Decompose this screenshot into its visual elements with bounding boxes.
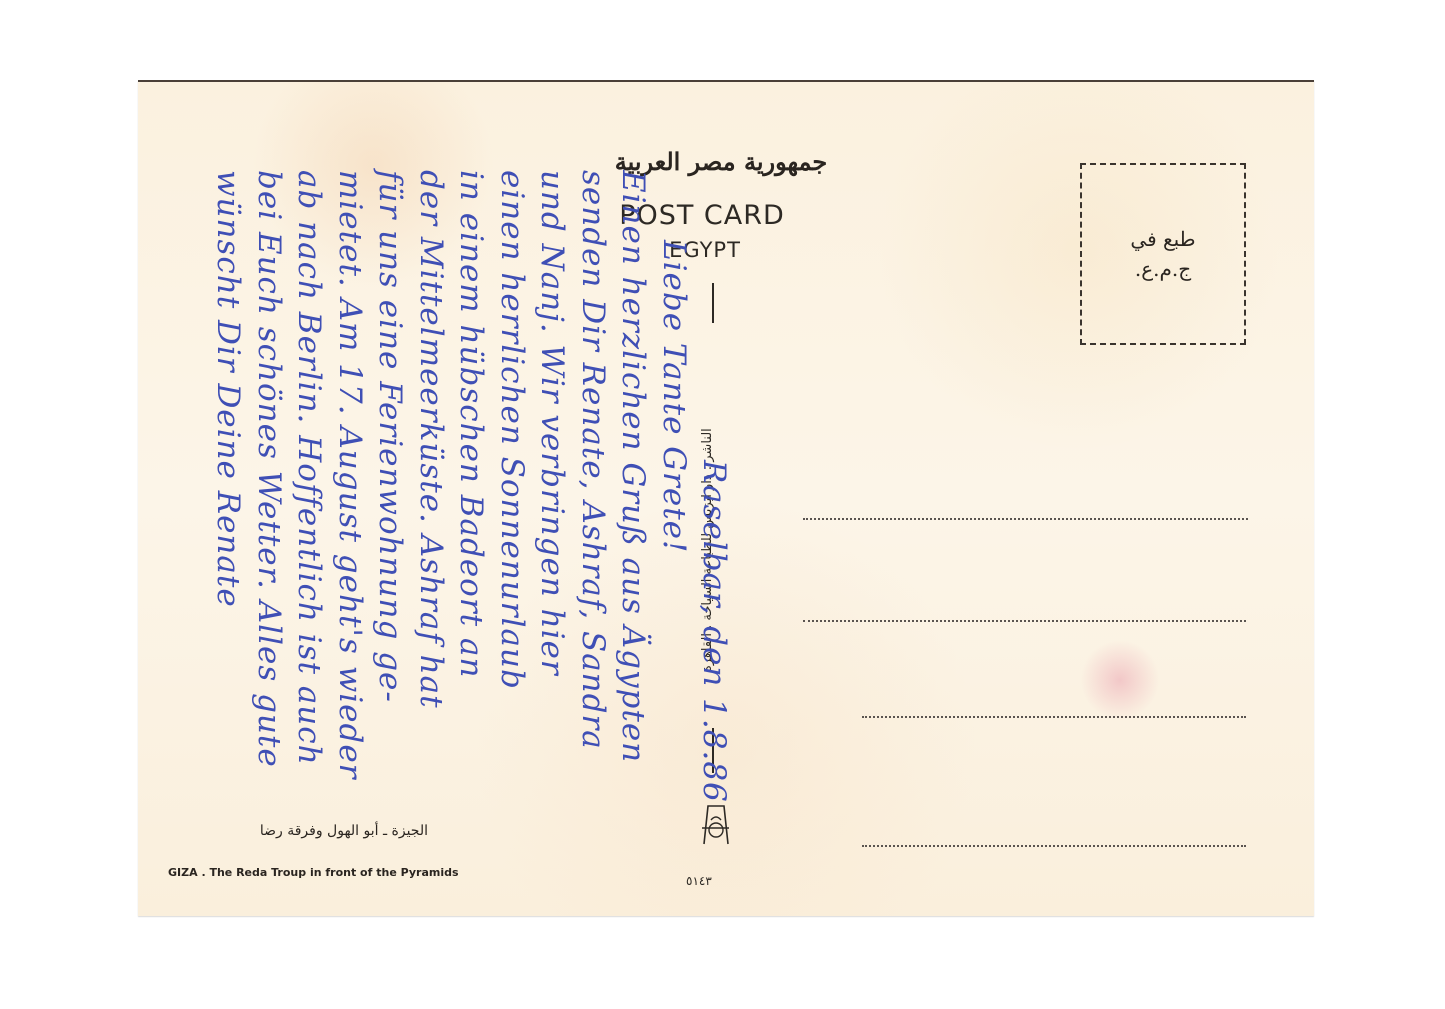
stamp-country-abbrev: ج.م.ع. (1082, 257, 1244, 281)
handwritten-line: Einen herzlichen Gruß aus Ägypten (615, 170, 651, 763)
handwritten-line: mietet. Am 17. August geht's wieder (332, 170, 368, 780)
handwritten-line: einen herrlichen Sonnenurlaub (494, 170, 530, 690)
handwritten-line: bei Euch schönes Wetter. Alles gute (251, 170, 287, 768)
stamp-printed-in-label: طبع في (1082, 227, 1244, 251)
address-line-4 (862, 845, 1246, 847)
postmark-smudge (1080, 640, 1160, 720)
handwritten-line: Liebe Tante Grete! (656, 240, 692, 553)
handwritten-line: in einem hübschen Badeort an (453, 170, 489, 678)
handwritten-line: für uns eine Ferienwohnung ge- (372, 170, 408, 703)
handwritten-line: senden Dir Renate, Ashraf, Sandra (575, 170, 611, 750)
address-line-3 (862, 716, 1246, 718)
address-line-2 (803, 620, 1246, 622)
handwritten-line: Raselbar, den 1.8.86 (696, 460, 732, 803)
handwritten-line: wünscht Dir Deine Renate (210, 170, 246, 608)
handwritten-line: der Mittelmeerküste. Ashraf hat (413, 170, 449, 709)
stamp-placeholder-box: طبع في ج.م.ع. (1080, 163, 1246, 345)
handwritten-message: Raselbar, den 1.8.86Liebe Tante Grete!Ei… (150, 90, 710, 900)
divider-top (712, 283, 714, 323)
handwritten-line: ab nach Berlin. Hoffentlich ist auch (291, 170, 327, 766)
handwritten-line: und Nanj. Wir verbringen hier (534, 170, 570, 676)
address-line-1 (803, 518, 1248, 520)
